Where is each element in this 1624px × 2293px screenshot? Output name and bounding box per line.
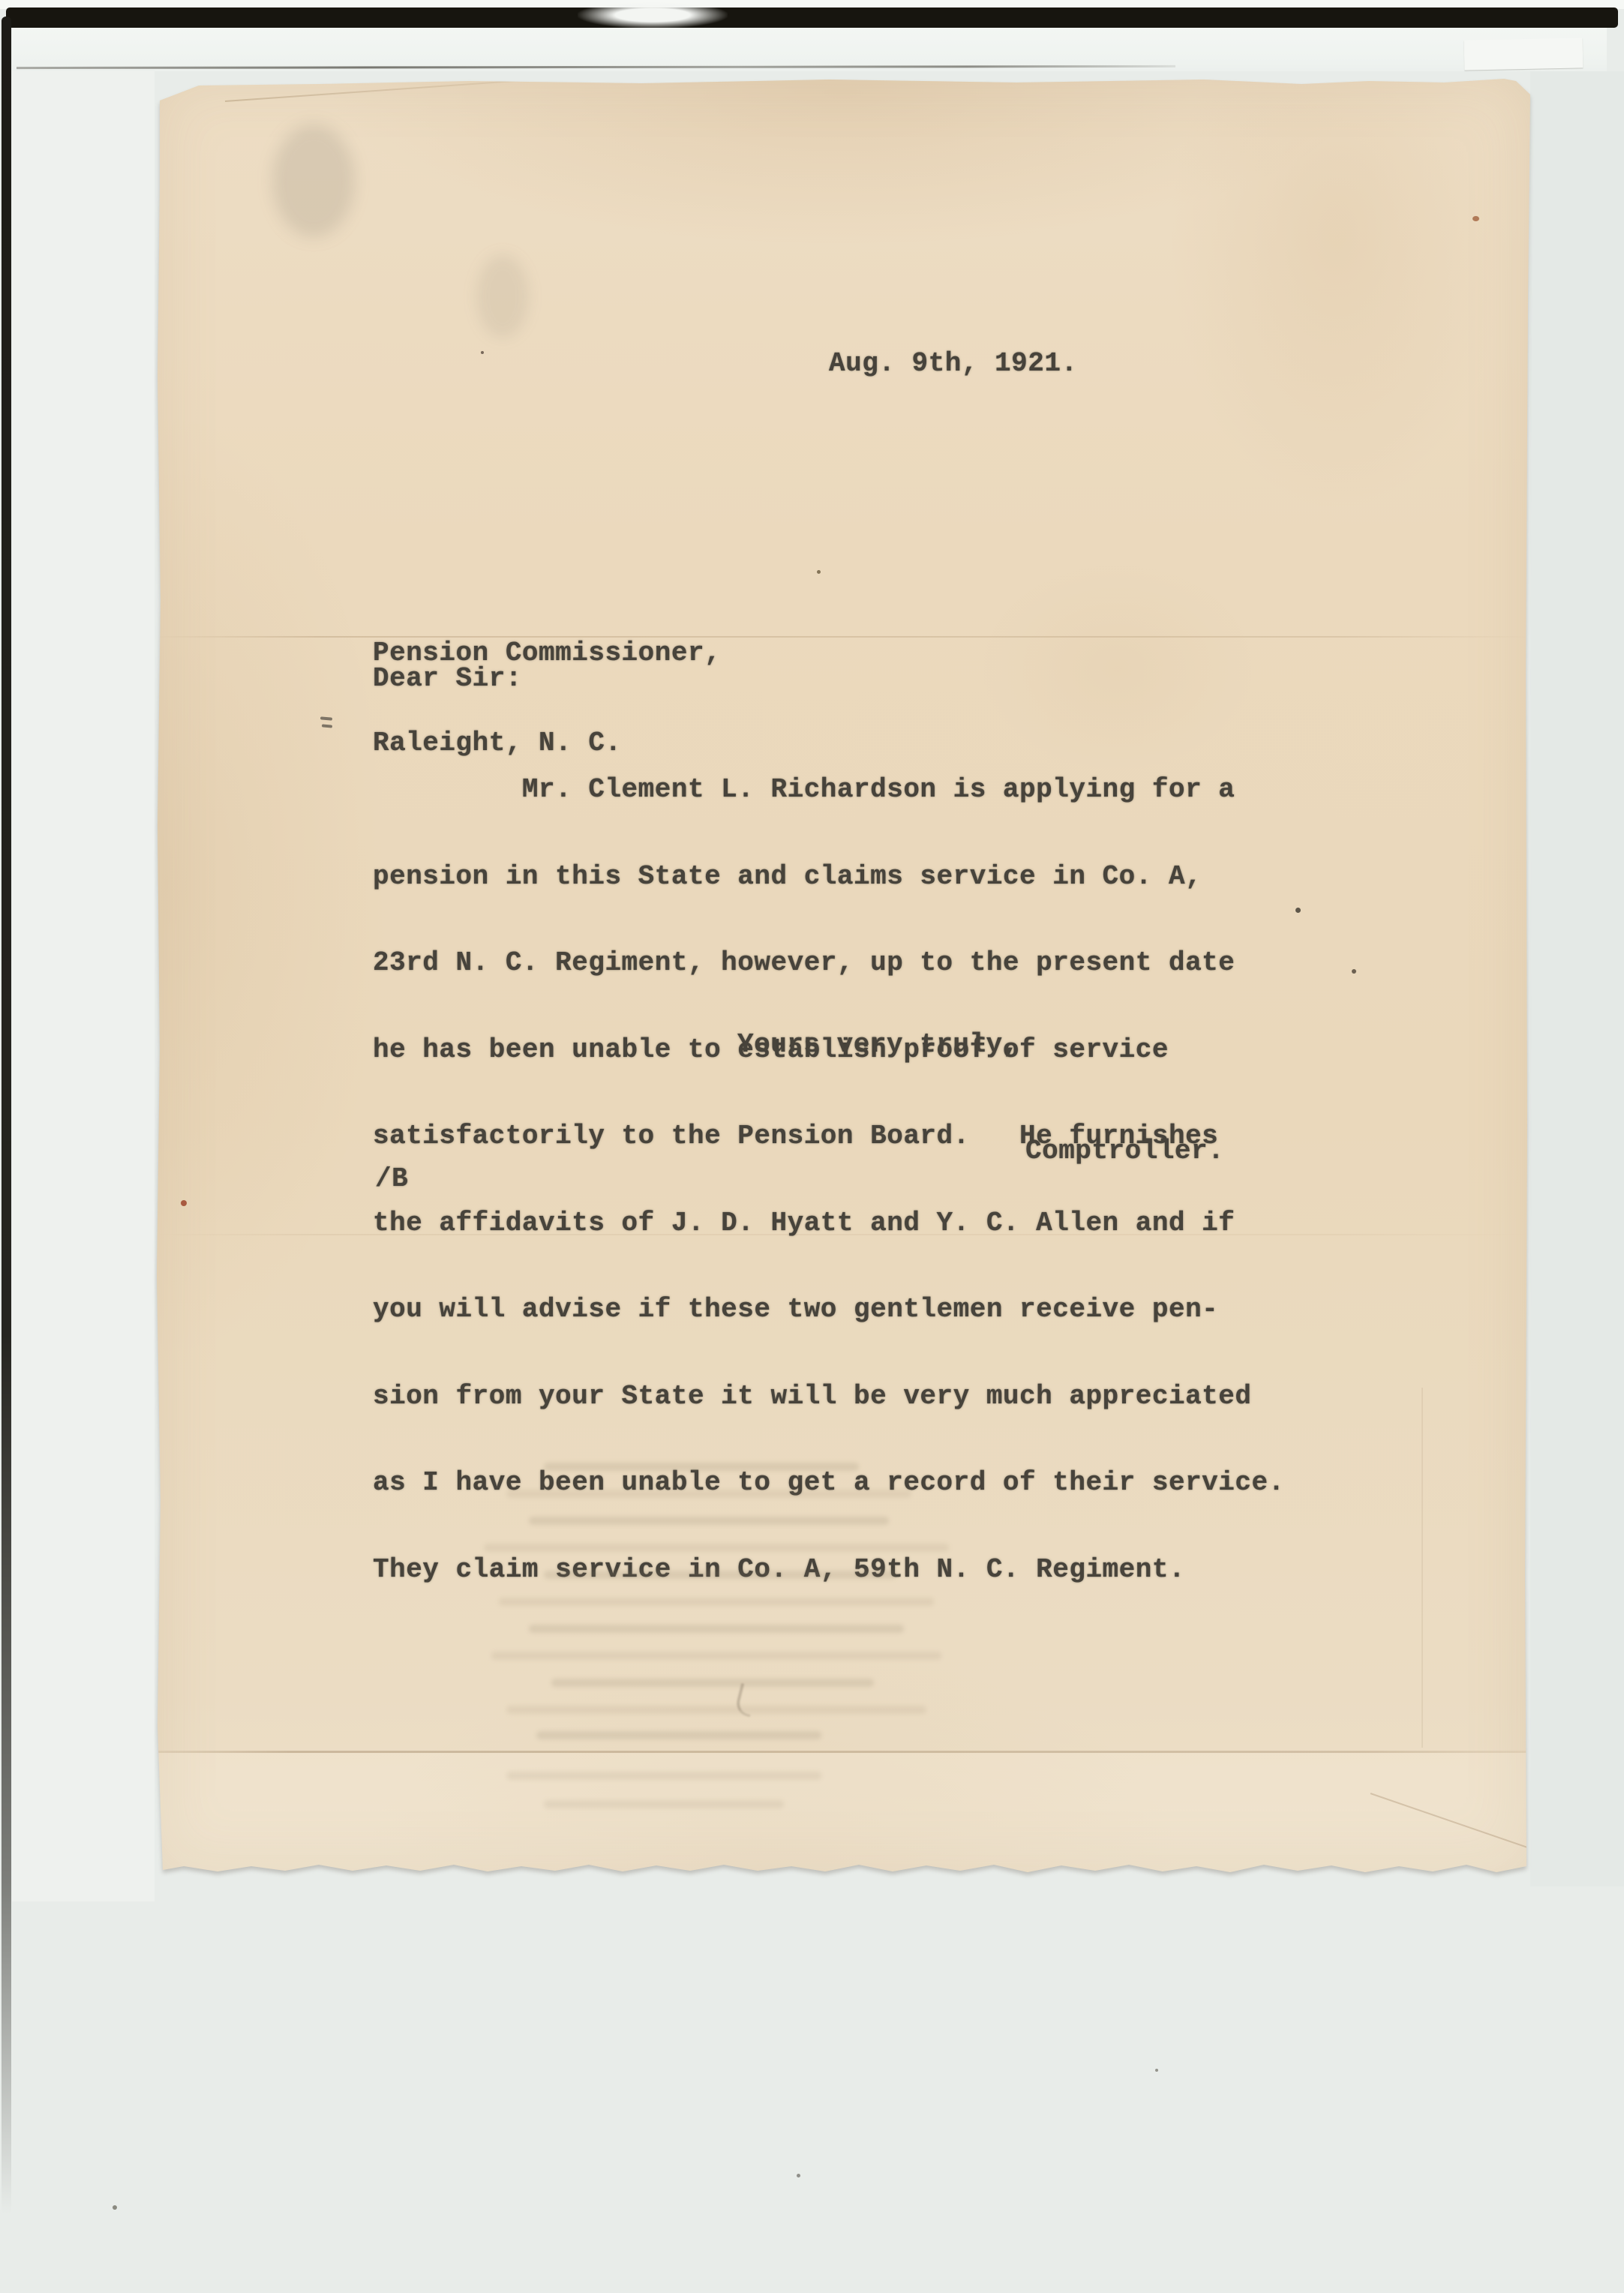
photo-black-bar xyxy=(6,8,1618,28)
foxing-spot xyxy=(857,1884,861,1888)
fold-crease-upper xyxy=(154,636,1530,638)
scanner-bed-right xyxy=(1530,71,1624,1886)
letter-paper: Aug. 9th, 1921. Pension Commissioner, Ra… xyxy=(154,75,1530,1874)
body-line: Mr. Clement L. Richardson is applying fo… xyxy=(373,776,1285,805)
scanner-bed-left xyxy=(12,71,155,1901)
body-line: sion from your State it will be very muc… xyxy=(373,1382,1285,1412)
letter-body: Mr. Clement L. Richardson is applying fo… xyxy=(373,718,1285,1642)
date-line: Aug. 9th, 1921. xyxy=(829,350,1078,379)
stray-ink-tick xyxy=(322,724,332,728)
scanned-letter-page: { "letter": { "date_line": "Aug. 9th, 19… xyxy=(0,0,1624,2293)
foxing-spot xyxy=(181,1200,187,1206)
foxing-spot xyxy=(817,570,821,574)
backing-tab xyxy=(1464,38,1583,70)
body-line: the affidavits of J. D. Hyatt and Y. C. … xyxy=(373,1209,1285,1238)
closing-phrase: Yours very truly, xyxy=(737,1031,1019,1060)
salutation: Dear Sir: xyxy=(373,665,522,694)
paper-stain xyxy=(476,255,529,338)
dust-speck xyxy=(113,2205,117,2210)
letter-paper-wrap: Aug. 9th, 1921. Pension Commissioner, Ra… xyxy=(154,75,1530,1874)
paper-fuzz-notch xyxy=(578,2,728,29)
dust-speck xyxy=(797,2174,800,2177)
dust-speck xyxy=(1155,2069,1158,2072)
below-fold-shading xyxy=(154,1753,1530,1874)
signature-title: Comptroller. xyxy=(1025,1137,1224,1166)
foxing-spot xyxy=(481,351,484,354)
foxing-spot xyxy=(1472,216,1479,221)
top-left-fold-crease xyxy=(225,76,577,102)
body-line: pension in this State and claims service… xyxy=(373,863,1285,892)
foxing-spot xyxy=(1352,969,1356,974)
paper-fibre-line xyxy=(1421,1388,1423,1748)
typist-initials: /B xyxy=(375,1165,408,1194)
body-line: 23rd N. C. Regiment, however, up to the … xyxy=(373,949,1285,978)
stray-ink-tick xyxy=(320,716,332,720)
foxing-spot xyxy=(1295,908,1301,913)
backing-sheet-band xyxy=(12,28,1607,71)
body-line: They claim service in Co. A, 59th N. C. … xyxy=(373,1556,1285,1585)
scan-left-shadow-strip xyxy=(2,17,11,2214)
paper-stain xyxy=(272,125,355,237)
body-line: you will advise if these two gentlemen r… xyxy=(373,1295,1285,1325)
